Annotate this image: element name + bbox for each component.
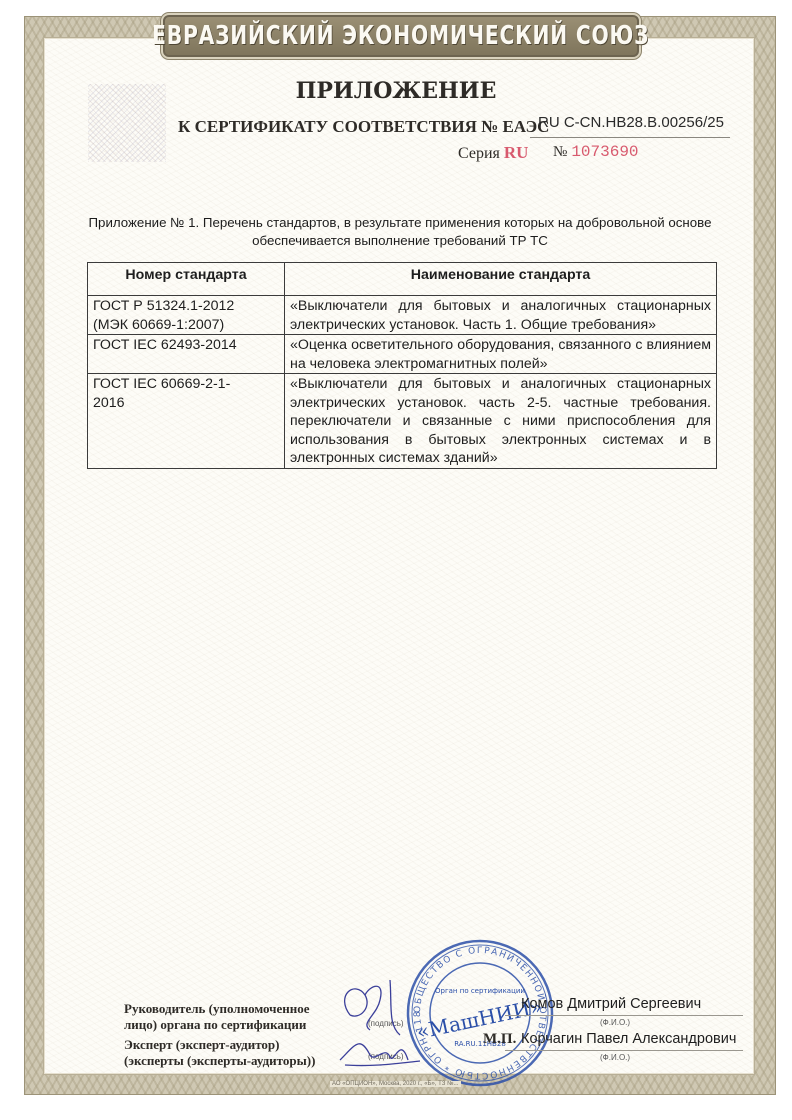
document-title: ПРИЛОЖЕНИЕ [0,78,792,104]
standard-number: ГОСТ Р 51324.1-2012(МЭК 60669-1:2007) [88,296,285,335]
union-banner: ЕВРАЗИЙСКИЙ ЭКОНОМИЧЕСКИЙ СОЮЗ [163,15,639,57]
standard-number: ГОСТ IEC 60669-2-1-2016 [88,374,285,469]
annex-caption: Приложение № 1. Перечень стандартов, в р… [60,214,740,250]
expert-signatory-label: Эксперт (эксперт-аудитор) (эксперты (экс… [124,1037,315,1069]
head-label-line1: Руководитель (уполномоченное [124,1001,310,1017]
expert-fio-hint: (Ф.И.О.) [600,1053,630,1062]
standard-name: «Выключатели для бытовых и аналогичных с… [285,374,717,469]
expert-label-line2: (эксперты (эксперты-аудиторы)) [124,1053,315,1069]
table-row: ГОСТ Р 51324.1-2012(МЭК 60669-1:2007) «В… [88,296,717,335]
series-label: Серия [458,145,500,162]
head-full-name: Комов Дмитрий Сергеевич [521,996,701,1012]
head-fio-hint: (Ф.И.О.) [600,1018,630,1027]
head-label-line2: лицо) органа по сертификации [124,1017,310,1033]
expert-name-line [505,1050,743,1051]
expert-label-line1: Эксперт (эксперт-аудитор) [124,1037,315,1053]
stamp-place-label: М.П. [483,1031,516,1048]
standard-number: ГОСТ IEC 62493-2014 [88,335,285,374]
head-name-line [505,1015,743,1016]
table-row: ГОСТ IEC 60669-2-1-2016 «Выключатели для… [88,374,717,469]
stamp-center-top: Орган по сертификации [435,987,525,995]
series: Серия RU [458,143,528,163]
standards-table: Номер стандарта Наименование стандарта Г… [87,262,717,469]
head-signatory-label: Руководитель (уполномоченное лицо) орган… [124,1001,310,1033]
handwritten-signatures-icon [330,975,440,1070]
blank-number-value: 1073690 [571,143,638,161]
certificate-paper [44,38,754,1074]
standard-name: «Оценка осветительного оборудования, свя… [285,335,717,374]
column-header-name: Наименование стандарта [285,263,717,296]
certificate-label: К СЕРТИФИКАТУ СООТВЕТСТВИЯ № ЕАЭС [178,117,549,137]
certificate-number-underline [530,137,730,138]
annex-caption-line2: обеспечивается выполнение требований ТР … [60,232,740,250]
table-header-row: Номер стандарта Наименование стандарта [88,263,717,296]
series-value: RU [504,143,529,162]
union-banner-text: ЕВРАЗИЙСКИЙ ЭКОНОМИЧЕСКИЙ СОЮЗ [152,21,649,51]
column-header-number: Номер стандарта [88,263,285,296]
annex-caption-line1: Приложение № 1. Перечень стандартов, в р… [60,214,740,232]
blank-number: №1073690 [553,143,639,161]
standard-name: «Выключатели для бытовых и аналогичных с… [285,296,717,335]
printer-imprint: АО «ОПЦИОН», Москва, 2020 г., «Б», ТЗ №.… [330,1081,461,1087]
blank-number-label: № [553,144,567,160]
table-row: ГОСТ IEC 62493-2014 «Оценка осветительно… [88,335,717,374]
certificate-number: RU C-CN.НВ28.В.00256/25 [538,114,724,131]
expert-full-name: Корчагин Павел Александрович [521,1031,736,1047]
